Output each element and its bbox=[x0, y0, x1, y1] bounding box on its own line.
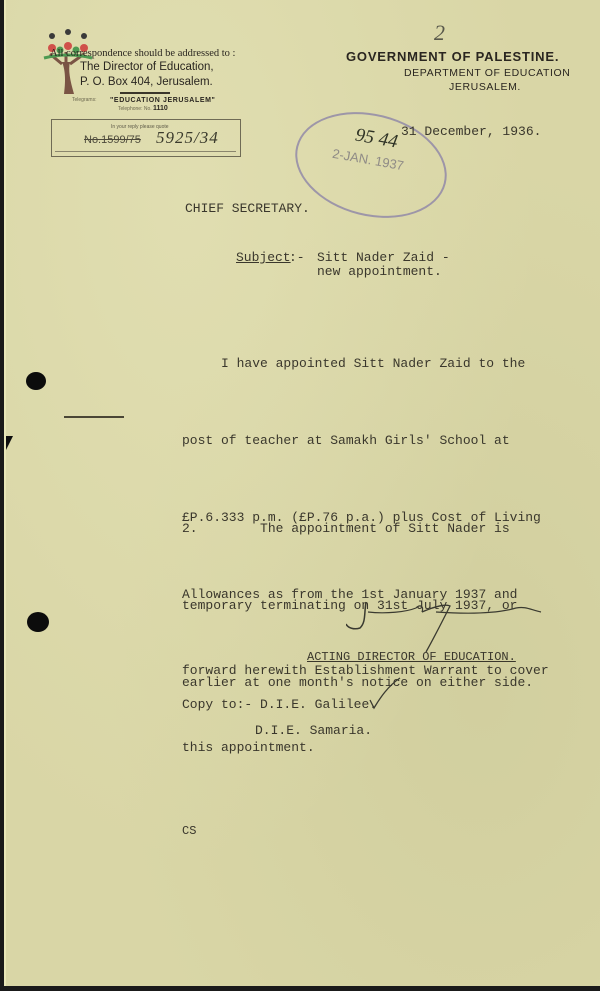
typist-initials: CS bbox=[182, 824, 196, 838]
city-title: JERUSALEM. bbox=[449, 81, 521, 93]
letter-page: All correspondence should be addressed t… bbox=[4, 0, 600, 986]
telephone-number: 1110 bbox=[153, 105, 168, 112]
signature-icon bbox=[346, 594, 556, 654]
signatory-title: ACTING DIRECTOR OF EDUCATION. bbox=[307, 650, 516, 664]
checkmark-icon bbox=[366, 676, 402, 712]
subject-label: Subject bbox=[236, 250, 291, 265]
subject-separator: :- bbox=[289, 250, 305, 265]
reference-old-number: No.1599/75 bbox=[84, 134, 141, 146]
copy-to-recipient: D.I.E. Galilee. bbox=[260, 697, 377, 712]
correspondence-note: All correspondence should be addressed t… bbox=[50, 48, 235, 59]
paragraph-1-line: post of teacher at Samakh Girls' School … bbox=[182, 428, 562, 454]
recipient: CHIEF SECRETARY. bbox=[185, 201, 310, 216]
copy-to-label: Copy to:- bbox=[182, 697, 252, 712]
divider bbox=[120, 92, 170, 94]
page-tear bbox=[6, 436, 13, 450]
letter-date: 31 December, 1936. bbox=[401, 124, 541, 139]
telegrams-address: "EDUCATION JERUSALEM" bbox=[110, 97, 215, 104]
telegrams-label: Telegrams: bbox=[72, 97, 96, 103]
paragraph-2-line: 2. The appointment of Sitt Nader is bbox=[182, 516, 562, 542]
reference-rule bbox=[55, 151, 236, 152]
copy-to-recipient: D.I.E. Samaria. bbox=[255, 723, 372, 738]
subject-line-1: Sitt Nader Zaid - bbox=[317, 250, 450, 265]
address-line-2: P. O. Box 404, Jerusalem. bbox=[80, 76, 213, 88]
department-title: DEPARTMENT OF EDUCATION bbox=[404, 67, 570, 79]
reference-handwritten-number: 5925/34 bbox=[156, 128, 219, 148]
punch-hole bbox=[26, 372, 46, 390]
margin-mark bbox=[64, 416, 124, 418]
subject-line-2: new appointment. bbox=[317, 264, 442, 279]
org-title: GOVERNMENT OF PALESTINE. bbox=[346, 49, 559, 64]
address-line-1: The Director of Education, bbox=[80, 61, 214, 73]
corner-handwritten-mark: 2 bbox=[434, 20, 445, 46]
paragraph-1-line: I have appointed Sitt Nader Zaid to the bbox=[182, 351, 562, 377]
telephone-label: Telephone: No. bbox=[118, 106, 152, 112]
copy-to-line-1: Copy to:- D.I.E. Galilee. bbox=[182, 697, 377, 712]
punch-hole bbox=[27, 612, 49, 632]
